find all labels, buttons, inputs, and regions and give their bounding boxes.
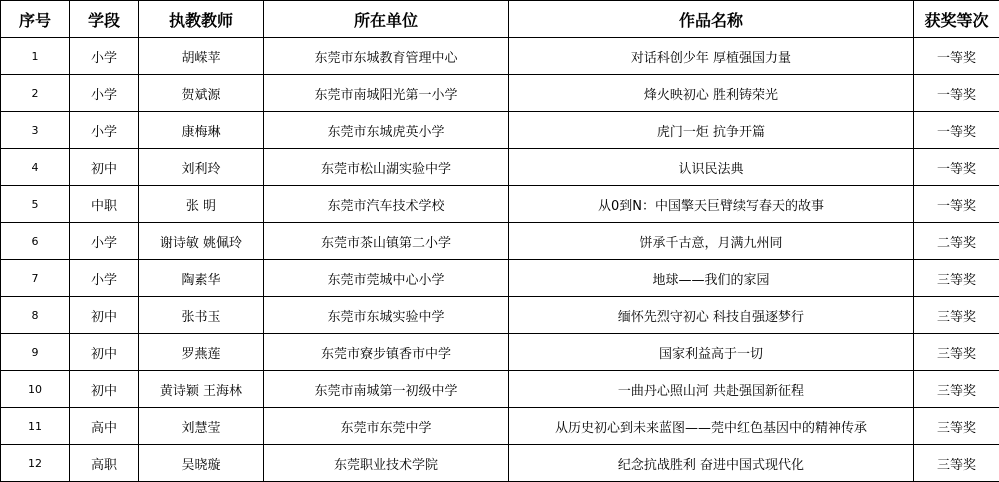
table-row: 3小学康梅琳东莞市东城虎英小学虎门一炬 抗争开篇一等奖 bbox=[1, 112, 999, 149]
table-row: 12高职吴晓璇东莞职业技术学院纪念抗战胜利 奋进中国式现代化三等奖 bbox=[1, 445, 999, 482]
index-cell: 2 bbox=[1, 75, 70, 112]
stage-cell: 初中 bbox=[70, 371, 139, 408]
teacher-cell: 谢诗敏 姚佩玲 bbox=[139, 223, 264, 260]
table-row: 2小学贺斌源东莞市南城阳光第一小学烽火映初心 胜利铸荣光一等奖 bbox=[1, 75, 999, 112]
work-title-cell: 国家利益高于一切 bbox=[509, 334, 914, 371]
unit-cell: 东莞市东城教育管理中心 bbox=[264, 38, 509, 75]
work-title-cell: 从0到N：中国擎天巨臂续写春天的故事 bbox=[509, 186, 914, 223]
teacher-cell: 吴晓璇 bbox=[139, 445, 264, 482]
index-cell: 11 bbox=[1, 408, 70, 445]
index-cell: 6 bbox=[1, 223, 70, 260]
table-row: 6小学谢诗敏 姚佩玲东莞市茶山镇第二小学饼承千古意，月满九州同二等奖 bbox=[1, 223, 999, 260]
teacher-cell: 黄诗颖 王海林 bbox=[139, 371, 264, 408]
award-level-cell: 三等奖 bbox=[914, 334, 999, 371]
index-cell: 12 bbox=[1, 445, 70, 482]
stage-cell: 小学 bbox=[70, 38, 139, 75]
stage-cell: 初中 bbox=[70, 334, 139, 371]
table-row: 5中职张 明东莞市汽车技术学校从0到N：中国擎天巨臂续写春天的故事一等奖 bbox=[1, 186, 999, 223]
stage-cell: 初中 bbox=[70, 149, 139, 186]
teacher-cell: 康梅琳 bbox=[139, 112, 264, 149]
header-award-level: 获奖等次 bbox=[914, 1, 999, 38]
stage-cell: 高职 bbox=[70, 445, 139, 482]
index-cell: 3 bbox=[1, 112, 70, 149]
header-work-title: 作品名称 bbox=[509, 1, 914, 38]
stage-cell: 中职 bbox=[70, 186, 139, 223]
work-title-cell: 地球——我们的家园 bbox=[509, 260, 914, 297]
table-row: 8初中张书玉东莞市东城实验中学缅怀先烈守初心 科技自强逐梦行三等奖 bbox=[1, 297, 999, 334]
unit-cell: 东莞市寮步镇香市中学 bbox=[264, 334, 509, 371]
unit-cell: 东莞市茶山镇第二小学 bbox=[264, 223, 509, 260]
award-level-cell: 三等奖 bbox=[914, 260, 999, 297]
work-title-cell: 认识民法典 bbox=[509, 149, 914, 186]
table-row: 7小学陶素华东莞市莞城中心小学地球——我们的家园三等奖 bbox=[1, 260, 999, 297]
table-row: 10初中黄诗颖 王海林东莞市南城第一初级中学一曲丹心照山河 共赴强国新征程三等奖 bbox=[1, 371, 999, 408]
table-row: 9初中罗燕莲东莞市寮步镇香市中学国家利益高于一切三等奖 bbox=[1, 334, 999, 371]
award-level-cell: 二等奖 bbox=[914, 223, 999, 260]
stage-cell: 高中 bbox=[70, 408, 139, 445]
award-level-cell: 三等奖 bbox=[914, 445, 999, 482]
unit-cell: 东莞市汽车技术学校 bbox=[264, 186, 509, 223]
header-teacher: 执教教师 bbox=[139, 1, 264, 38]
table-row: 11高中刘慧莹东莞市东莞中学从历史初心到未来蓝图——莞中红色基因中的精神传承三等… bbox=[1, 408, 999, 445]
award-level-cell: 一等奖 bbox=[914, 186, 999, 223]
unit-cell: 东莞市东城虎英小学 bbox=[264, 112, 509, 149]
unit-cell: 东莞市南城阳光第一小学 bbox=[264, 75, 509, 112]
work-title-cell: 饼承千古意，月满九州同 bbox=[509, 223, 914, 260]
header-unit: 所在单位 bbox=[264, 1, 509, 38]
teacher-cell: 张 明 bbox=[139, 186, 264, 223]
unit-cell: 东莞职业技术学院 bbox=[264, 445, 509, 482]
award-table: 序号 学段 执教教师 所在单位 作品名称 获奖等次 1小学胡嵘苹东莞市东城教育管… bbox=[0, 0, 999, 482]
header-row: 序号 学段 执教教师 所在单位 作品名称 获奖等次 bbox=[1, 1, 999, 38]
award-level-cell: 一等奖 bbox=[914, 75, 999, 112]
stage-cell: 小学 bbox=[70, 260, 139, 297]
work-title-cell: 纪念抗战胜利 奋进中国式现代化 bbox=[509, 445, 914, 482]
work-title-cell: 一曲丹心照山河 共赴强国新征程 bbox=[509, 371, 914, 408]
stage-cell: 小学 bbox=[70, 112, 139, 149]
stage-cell: 小学 bbox=[70, 223, 139, 260]
teacher-cell: 张书玉 bbox=[139, 297, 264, 334]
teacher-cell: 罗燕莲 bbox=[139, 334, 264, 371]
header-stage: 学段 bbox=[70, 1, 139, 38]
header-index: 序号 bbox=[1, 1, 70, 38]
award-level-cell: 三等奖 bbox=[914, 297, 999, 334]
award-level-cell: 三等奖 bbox=[914, 408, 999, 445]
teacher-cell: 贺斌源 bbox=[139, 75, 264, 112]
teacher-cell: 刘利玲 bbox=[139, 149, 264, 186]
work-title-cell: 对话科创少年 厚植强国力量 bbox=[509, 38, 914, 75]
unit-cell: 东莞市南城第一初级中学 bbox=[264, 371, 509, 408]
teacher-cell: 陶素华 bbox=[139, 260, 264, 297]
index-cell: 5 bbox=[1, 186, 70, 223]
table-row: 4初中刘利玲东莞市松山湖实验中学认识民法典一等奖 bbox=[1, 149, 999, 186]
table-body: 1小学胡嵘苹东莞市东城教育管理中心对话科创少年 厚植强国力量一等奖2小学贺斌源东… bbox=[1, 38, 999, 482]
index-cell: 9 bbox=[1, 334, 70, 371]
table-row: 1小学胡嵘苹东莞市东城教育管理中心对话科创少年 厚植强国力量一等奖 bbox=[1, 38, 999, 75]
award-level-cell: 一等奖 bbox=[914, 38, 999, 75]
unit-cell: 东莞市东城实验中学 bbox=[264, 297, 509, 334]
unit-cell: 东莞市松山湖实验中学 bbox=[264, 149, 509, 186]
index-cell: 10 bbox=[1, 371, 70, 408]
index-cell: 1 bbox=[1, 38, 70, 75]
work-title-cell: 烽火映初心 胜利铸荣光 bbox=[509, 75, 914, 112]
work-title-cell: 虎门一炬 抗争开篇 bbox=[509, 112, 914, 149]
award-level-cell: 一等奖 bbox=[914, 149, 999, 186]
stage-cell: 小学 bbox=[70, 75, 139, 112]
index-cell: 4 bbox=[1, 149, 70, 186]
index-cell: 7 bbox=[1, 260, 70, 297]
unit-cell: 东莞市东莞中学 bbox=[264, 408, 509, 445]
stage-cell: 初中 bbox=[70, 297, 139, 334]
teacher-cell: 胡嵘苹 bbox=[139, 38, 264, 75]
index-cell: 8 bbox=[1, 297, 70, 334]
work-title-cell: 从历史初心到未来蓝图——莞中红色基因中的精神传承 bbox=[509, 408, 914, 445]
unit-cell: 东莞市莞城中心小学 bbox=[264, 260, 509, 297]
award-level-cell: 三等奖 bbox=[914, 371, 999, 408]
teacher-cell: 刘慧莹 bbox=[139, 408, 264, 445]
work-title-cell: 缅怀先烈守初心 科技自强逐梦行 bbox=[509, 297, 914, 334]
award-level-cell: 一等奖 bbox=[914, 112, 999, 149]
